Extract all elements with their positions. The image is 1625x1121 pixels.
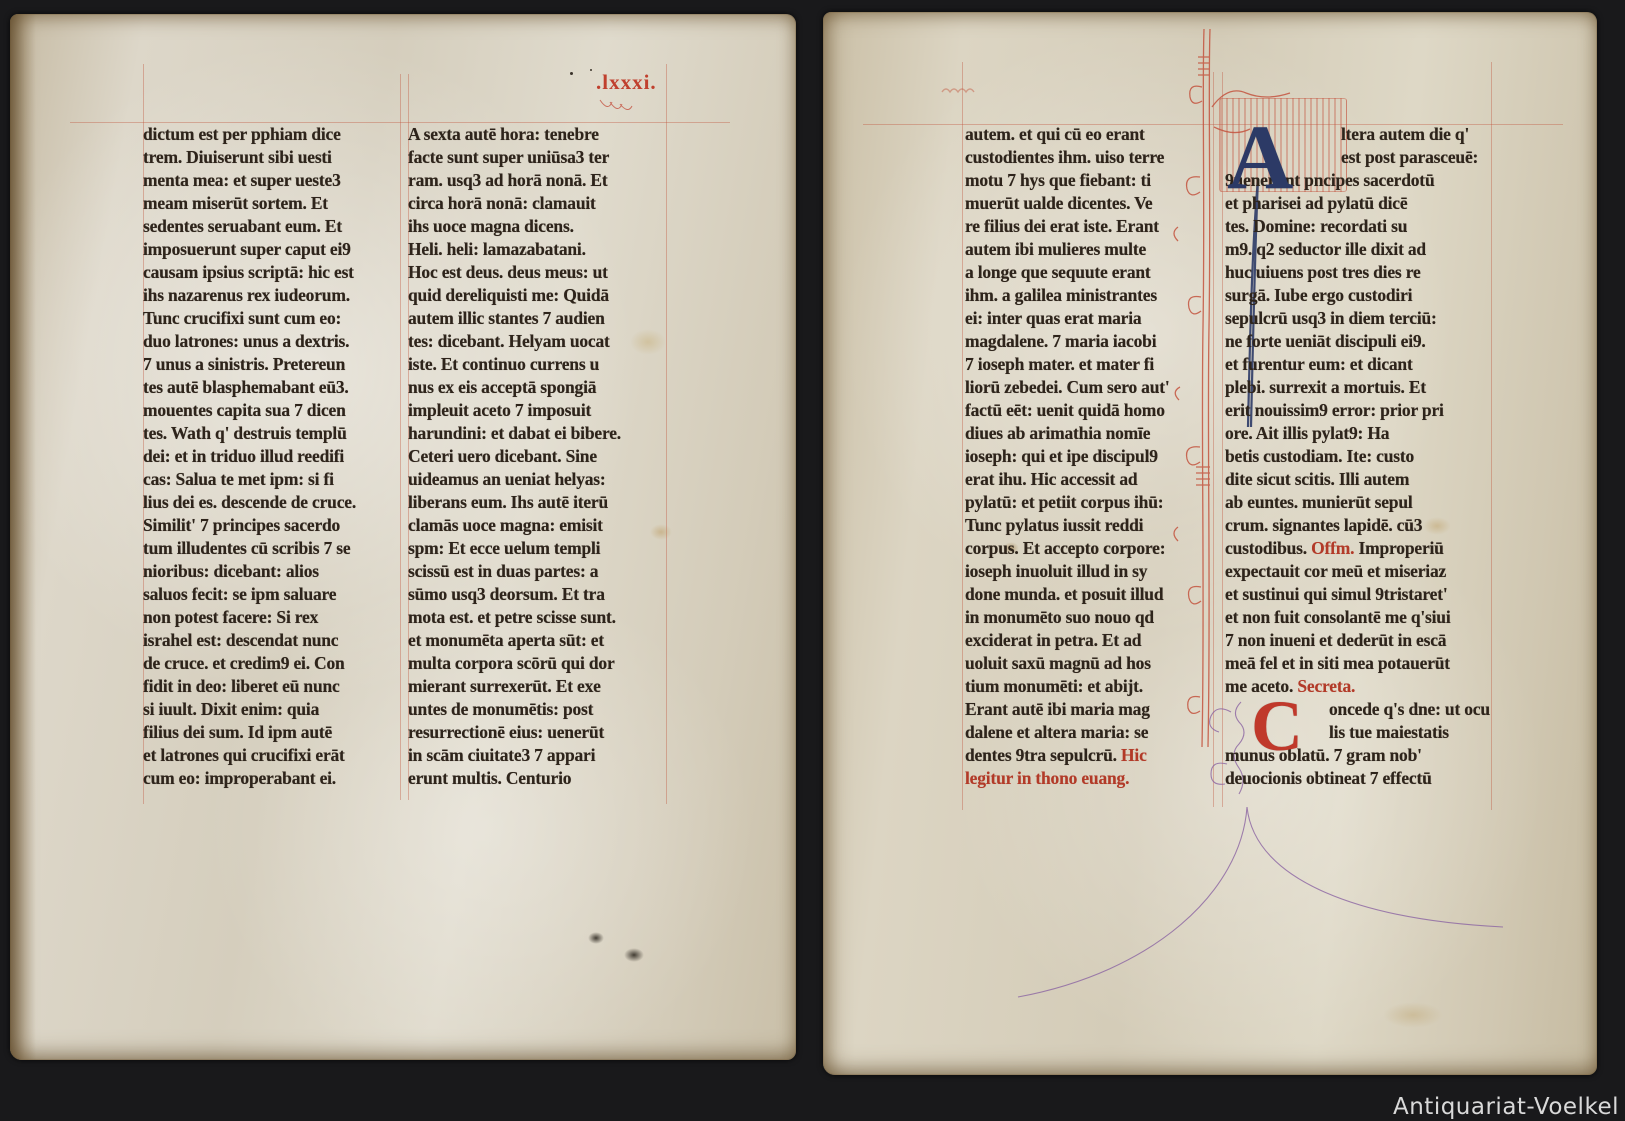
manuscript-line: et sustinui qui simul 9tristaret' xyxy=(1225,583,1495,606)
manuscript-line: tium monumēti: et abijt. xyxy=(965,675,1221,698)
manuscript-line: autem illic stantes 7 audien xyxy=(408,307,672,330)
manuscript-line: dite sicut scitis. Illi autem xyxy=(1225,468,1495,491)
manuscript-line: dictum est per pphiam dice xyxy=(143,123,405,146)
manuscript-line: et latrones qui crucifixi erāt xyxy=(143,744,405,767)
manuscript-line: spm: Et ecce uelum templi xyxy=(408,537,672,560)
watermark-text: Antiquariat-Voelkel xyxy=(1393,1094,1619,1120)
manuscript-line: ioseph: qui et ipe discipul9 xyxy=(965,445,1221,468)
manuscript-line: legitur in thono euang. xyxy=(965,767,1221,790)
manuscript-line: deuocionis obtineat 7 effectū xyxy=(1225,767,1495,790)
folio-number: .lxxxi. xyxy=(596,70,657,95)
manuscript-line: meam miserūt sortem. Et xyxy=(143,192,405,215)
manuscript-line: iste. Et continuo currens u xyxy=(408,353,672,376)
text-column: dictum est per pphiam dicetrem. Diuiseru… xyxy=(143,123,405,790)
manuscript-line: harundini: et dabat ei bibere. xyxy=(408,422,672,445)
manuscript-line: clamās uoce magna: emisit xyxy=(408,514,672,537)
manuscript-line: mota est. et petre scisse sunt. xyxy=(408,606,672,629)
manuscript-line: si iuult. Dixit enim: quia xyxy=(143,698,405,721)
manuscript-line: fidit in deo: liberet eū nunc xyxy=(143,675,405,698)
manuscript-line: uideamus an ueniat helyas: xyxy=(408,468,672,491)
manuscript-line: diues ab arimathia nomīe xyxy=(965,422,1221,445)
manuscript-line: ihs nazarenus rex iudeorum. xyxy=(143,284,405,307)
manuscript-line: in monumēto suo nouo qd xyxy=(965,606,1221,629)
manuscript-line: ram. usq3 ad horā nonā. Et xyxy=(408,169,672,192)
manuscript-line: Erant autē ibi maria mag xyxy=(965,698,1221,721)
manuscript-line: sepulcrū usq3 in diem terciū: xyxy=(1225,307,1495,330)
manuscript-line: surgā. Iube ergo custodiri xyxy=(1225,284,1495,307)
manuscript-line: impleuit aceto 7 imposuit xyxy=(408,399,672,422)
manuscript-line: plebi. surrexit a mortuis. Et xyxy=(1225,376,1495,399)
manuscript-line: nus ex eis acceptā spongiā xyxy=(408,376,672,399)
manuscript-line: erunt multis. Centurio xyxy=(408,767,672,790)
manuscript-line: sūmo usq3 deorsum. Et tra xyxy=(408,583,672,606)
manuscript-line: magdalene. 7 maria iacobi xyxy=(965,330,1221,353)
manuscript-line: Ceteri uero dicebant. Sine xyxy=(408,445,672,468)
left-manuscript-leaf: .lxxxi. dictum est per pphiam dicetrem. … xyxy=(10,14,796,1060)
manuscript-line: multa corpora scōrū qui dor xyxy=(408,652,672,675)
manuscript-line: cum eo: improperabant ei. xyxy=(143,767,405,790)
manuscript-line: tum illudentes cū scribis 7 se xyxy=(143,537,405,560)
manuscript-line: re filius dei erat iste. Erant xyxy=(965,215,1221,238)
manuscript-line: 7 non inueni et dederūt in escā xyxy=(1225,629,1495,652)
manuscript-line: custodientes ihm. uiso terre xyxy=(965,146,1221,169)
manuscript-line: tes. Domine: recordati su xyxy=(1225,215,1495,238)
manuscript-line: A sexta autē hora: tenebre xyxy=(408,123,672,146)
manuscript-line: scissū est in duas partes: a xyxy=(408,560,672,583)
manuscript-line: tes autē blasphemabant eū3. xyxy=(143,376,405,399)
folio-flourish xyxy=(598,96,658,116)
manuscript-line: corpus. Et accepto corpore: xyxy=(965,537,1221,560)
manuscript-line: resurrectionē eius: uenerūt xyxy=(408,721,672,744)
manuscript-line: et furentur eum: et dicant xyxy=(1225,353,1495,376)
manuscript-line: menta mea: et super ueste3 xyxy=(143,169,405,192)
manuscript-line: facte sunt super uniūsa3 ter xyxy=(408,146,672,169)
manuscript-line: 7 ioseph mater. et mater fi xyxy=(965,353,1221,376)
manuscript-line: motu 7 hys que fiebant: ti xyxy=(965,169,1221,192)
illuminated-initial-A: A xyxy=(1227,111,1293,203)
manuscript-line: ne forte ueniāt discipuli ei9. xyxy=(1225,330,1495,353)
parchment-rough-edge xyxy=(10,14,36,1060)
right-manuscript-leaf: autem. et qui cū eo erantcustodientes ih… xyxy=(823,12,1597,1075)
manuscript-line: autem ibi mulieres multe xyxy=(965,238,1221,261)
manuscript-line: autem. et qui cū eo erant xyxy=(965,123,1221,146)
manuscript-line: quid dereliquisti me: Quidā xyxy=(408,284,672,307)
manuscript-line: de cruce. et credim9 ei. Con xyxy=(143,652,405,675)
manuscript-line: Tunc pylatus iussit reddi xyxy=(965,514,1221,537)
manuscript-line: ihs uoce magna dicens. xyxy=(408,215,672,238)
ink-blot xyxy=(624,948,644,962)
manuscript-line: ei: inter quas erat maria xyxy=(965,307,1221,330)
manuscript-line: a longe que sequute erant xyxy=(965,261,1221,284)
manuscript-line: imposuerunt super caput ei9 xyxy=(143,238,405,261)
ink-blot xyxy=(588,932,604,944)
manuscript-line: meā fel et in siti mea potauerūt xyxy=(1225,652,1495,675)
manuscript-line: ab euntes. munierūt sepul xyxy=(1225,491,1495,514)
manuscript-line: dalene et altera maria: se xyxy=(965,721,1221,744)
manuscript-line: ihm. a galilea ministrantes xyxy=(965,284,1221,307)
manuscript-line: filius dei sum. Id ipm autē xyxy=(143,721,405,744)
text-column: autem. et qui cū eo erantcustodientes ih… xyxy=(965,123,1221,790)
faint-red-mark xyxy=(941,84,981,98)
manuscript-line: sedentes seruabant eum. Et xyxy=(143,215,405,238)
manuscript-line: uoluit saxū magnū ad hos xyxy=(965,652,1221,675)
manuscript-line: 7 unus a sinistris. Pretereun xyxy=(143,353,405,376)
text-column: A sexta autē hora: tenebrefacte sunt sup… xyxy=(408,123,672,790)
manuscript-line: tes. Wath q' destruis templū xyxy=(143,422,405,445)
manuscript-line: nioribus: dicebant: alios xyxy=(143,560,405,583)
manuscript-line: non potest facere: Si rex xyxy=(143,606,405,629)
manuscript-line: untes de monumētis: post xyxy=(408,698,672,721)
manuscript-line: m9. q2 seductor ille dixit ad xyxy=(1225,238,1495,261)
manuscript-line: custodibus. Offm. Improperiū xyxy=(1225,537,1495,560)
manuscript-line: cas: Salua te met ipm: si fi xyxy=(143,468,405,491)
manuscript-line: et monumēta aperta sūt: et xyxy=(408,629,672,652)
manuscript-line: israhel est: descendat nunc xyxy=(143,629,405,652)
manuscript-line: factū eēt: uenit quidā homo xyxy=(965,399,1221,422)
manuscript-line: trem. Diuiserunt sibi uesti xyxy=(143,146,405,169)
manuscript-line: Hoc est deus. deus meus: ut xyxy=(408,261,672,284)
manuscript-line: saluos fecit: se ipm saluare xyxy=(143,583,405,606)
manuscript-line: crum. signantes lapidē. cū3 xyxy=(1225,514,1495,537)
manuscript-line: lius dei es. descende de cruce. xyxy=(143,491,405,514)
manuscript-line: mierant surrexerūt. Et exe xyxy=(408,675,672,698)
manuscript-line: muerūt ualde dicentes. Ve xyxy=(965,192,1221,215)
manuscript-line: circa horā nonā: clamauit xyxy=(408,192,672,215)
manuscript-line: exciderat in petra. Et ad xyxy=(965,629,1221,652)
ink-speck xyxy=(590,69,592,71)
manuscript-line: mouentes capita sua 7 dicen xyxy=(143,399,405,422)
manuscript-line: erat ihu. Hic accessit ad xyxy=(965,468,1221,491)
manuscript-line: duo latrones: unus a dextris. xyxy=(143,330,405,353)
manuscript-line: causam ipsius scriptā: hic est xyxy=(143,261,405,284)
ink-speck xyxy=(570,72,573,75)
manuscript-line: dentes 9tra sepulcrū. Hic xyxy=(965,744,1221,767)
manuscript-line: in scām ciuitate3 7 appari xyxy=(408,744,672,767)
manuscript-line: tes: dicebant. Helyam uocat xyxy=(408,330,672,353)
manuscript-line: pylatū: et petiit corpus ihū: xyxy=(965,491,1221,514)
manuscript-line: et non fuit consolantē me q'siui xyxy=(1225,606,1495,629)
manuscript-line: liorū zebedei. Cum sero aut' xyxy=(965,376,1221,399)
illuminated-initial-C: C xyxy=(1251,690,1303,762)
manuscript-line: expectauit cor meū et miseriaz xyxy=(1225,560,1495,583)
manuscript-line: betis custodiam. Ite: custo xyxy=(1225,445,1495,468)
manuscript-line: liberans eum. Ihs autē iterū xyxy=(408,491,672,514)
text-column: ltera autem die q'est post parasceuē:9ue… xyxy=(1225,123,1495,790)
manuscript-line: erit nouissim9 error: prior pri xyxy=(1225,399,1495,422)
manuscript-line: ore. Ait illis pylat9: Ha xyxy=(1225,422,1495,445)
manuscript-line: ioseph inuoluit illud in sy xyxy=(965,560,1221,583)
photograph-of-manuscript: { "watermark": "Antiquariat-Voelkel", "f… xyxy=(0,0,1625,1121)
manuscript-line: done munda. et posuit illud xyxy=(965,583,1221,606)
manuscript-line: Tunc crucifixi sunt cum eo: xyxy=(143,307,405,330)
manuscript-line: Heli. heli: lamazabatani. xyxy=(408,238,672,261)
manuscript-line: huc uiuens post tres dies re xyxy=(1225,261,1495,284)
manuscript-line: Similit' 7 principes sacerdo xyxy=(143,514,405,537)
manuscript-line: dei: et in triduo illud reedifi xyxy=(143,445,405,468)
